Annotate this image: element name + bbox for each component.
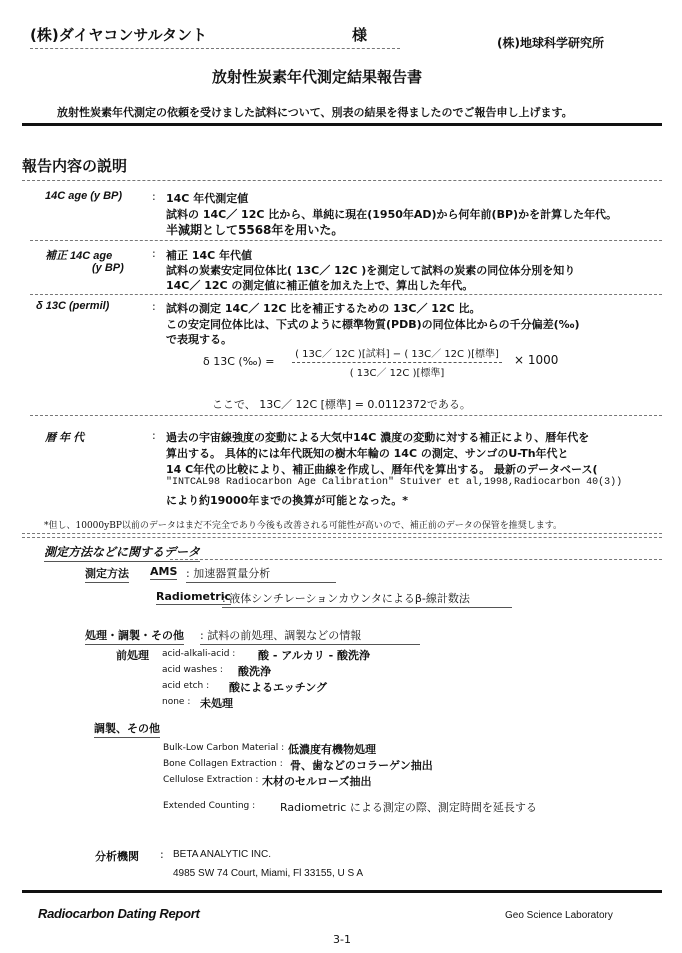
formula-multiplier: × 1000 <box>514 353 558 367</box>
label-calendar-age: 暦 年 代 <box>45 429 84 445</box>
desc-line: 試料の 14C／ 12C 比から、単純に現在(1950年AD)から何年前(BP)… <box>166 206 617 222</box>
pretreatment-value: 酸によるエッチング <box>229 679 327 695</box>
radiometric-label: Radiometric <box>156 590 231 605</box>
colon: : <box>152 190 156 203</box>
colon: : <box>152 429 156 442</box>
desc-line: この安定同位体比は、下式のように標準物質(PDB)の同位体比からの千分偏差(‰) <box>166 316 580 332</box>
processing-label: 処理・調製・その他 <box>85 627 184 645</box>
client-underline <box>30 48 400 49</box>
pretreatment-key: acid washes : <box>162 665 223 675</box>
desc-line: 算出する。 具体的には年代既知の樹木年輪の 14C の測定、サンゴのU-Th年代… <box>166 445 569 461</box>
label-14c-age: 14C age (y BP) <box>45 190 122 202</box>
divider <box>30 240 662 241</box>
divider <box>30 415 662 416</box>
divider <box>22 533 662 534</box>
page-number: 3-1 <box>333 933 351 946</box>
intro-text: 放射性炭素年代測定の依頼を受けました試料について、別表の結果を得ましたのでご報告… <box>57 104 573 120</box>
divider <box>170 559 662 560</box>
pretreatment-key: none : <box>162 697 190 707</box>
ams-label: AMS <box>150 565 177 580</box>
pretreatment-label: 前処理 <box>116 647 149 663</box>
client-name: (株)ダイヤコンサルタント <box>30 24 207 45</box>
lab-name: BETA ANALYTIC INC. <box>173 849 271 860</box>
desc-line: 試料の測定 14C／ 12C 比を補正するための 13C／ 12C 比。 <box>166 300 481 316</box>
footer-lab-name: Geo Science Laboratory <box>505 910 613 921</box>
explanation-heading: 報告内容の説明 <box>22 155 127 176</box>
desc-line: "INTCAL98 Radiocarbon Age Calibration" S… <box>166 477 622 488</box>
formula-denominator: ( 13C／ 12C )[標準] <box>292 364 502 379</box>
divider <box>22 537 662 538</box>
preparation-key: Bone Collagen Extraction : <box>163 759 283 769</box>
preparation-value: 低濃度有機物処理 <box>288 741 376 757</box>
label-corrected-14c-age: 補正 14C age <box>45 247 112 263</box>
desc-line: 補正 14C 年代値 <box>166 247 252 263</box>
issuer-name: (株)地球科学研究所 <box>497 34 604 51</box>
preparation-key: Bulk-Low Carbon Material : <box>163 743 284 753</box>
preparation-value: 骨、歯などのコラーゲン抽出 <box>290 757 433 773</box>
colon: : <box>152 247 156 260</box>
formula-note: ここで、 13C／ 12C [標準] = 0.0112372である。 <box>212 396 471 412</box>
pretreatment-key: acid-alkali-acid : <box>162 649 235 659</box>
colon: : <box>152 300 156 313</box>
method-label: 測定方法 <box>85 565 129 583</box>
desc-line: で表現する。 <box>166 331 232 347</box>
divider <box>30 294 662 295</box>
extended-value: Radiometric による測定の際、測定時間を延長する <box>280 799 537 815</box>
processing-desc: : 試料の前処理、調製などの情報 <box>200 627 420 645</box>
desc-line: により約19000年までの換算が可能となった。* <box>166 492 408 508</box>
extended-key: Extended Counting : <box>163 801 255 811</box>
label-delta-13c: δ 13C (permil) <box>36 300 109 312</box>
desc-line: 半減期として5568年を用いた。 <box>166 221 343 238</box>
pretreatment-value: 酸洗浄 <box>238 663 271 679</box>
desc-line: 14C 年代測定値 <box>166 190 248 206</box>
desc-line: 試料の炭素安定同位体比( 13C／ 12C )を測定して試料の炭素の同位体分別を… <box>166 262 575 278</box>
pretreatment-key: acid etch : <box>162 681 209 691</box>
preparation-value: 木材のセルローズ抽出 <box>262 773 371 789</box>
desc-line: 14 C年代の比較により、補正曲線を作成し、暦年代を算出する。 最新のデータベー… <box>166 461 598 477</box>
colon: : <box>160 848 164 861</box>
divider <box>22 180 662 181</box>
preparation-label: 調製、その他 <box>94 720 160 738</box>
preparation-key: Cellulose Extraction : <box>163 775 258 785</box>
desc-line: 過去の宇宙線強度の変動による大気中14C 濃度の変動に対する補正により、暦年代を <box>166 429 589 445</box>
report-title: 放射性炭素年代測定結果報告書 <box>212 66 422 87</box>
honorific: 様 <box>352 24 367 45</box>
radiometric-desc: : 液体シンチレーションカウンタによるβ-線計数法 <box>222 590 512 608</box>
lab-address: 4985 SW 74 Court, Miami, Fl 33155, U S A <box>173 868 363 879</box>
pretreatment-value: 酸 - アルカリ - 酸洗浄 <box>258 647 370 663</box>
footnote: *但し、10000yBP以前のデータはまだ不完全であり今後も改善される可能性が高… <box>44 518 562 531</box>
footer-report-title: Radiocarbon Dating Report <box>38 906 200 921</box>
label-corrected-14c-age-unit: (y BP) <box>92 262 124 274</box>
footer-divider <box>22 890 662 893</box>
formula-lhs: δ 13C (‰) = <box>203 355 274 368</box>
ams-desc: : 加速器質量分析 <box>186 565 336 583</box>
desc-line: 14C／ 12C の測定値に補正値を加えた上で、算出した年代。 <box>166 277 473 293</box>
formula-numerator: ( 13C／ 12C )[試料] − ( 13C／ 12C )[標準] <box>292 345 502 363</box>
lab-label: 分析機関 <box>95 848 139 864</box>
pretreatment-value: 未処理 <box>200 695 233 711</box>
header-divider <box>22 123 662 126</box>
